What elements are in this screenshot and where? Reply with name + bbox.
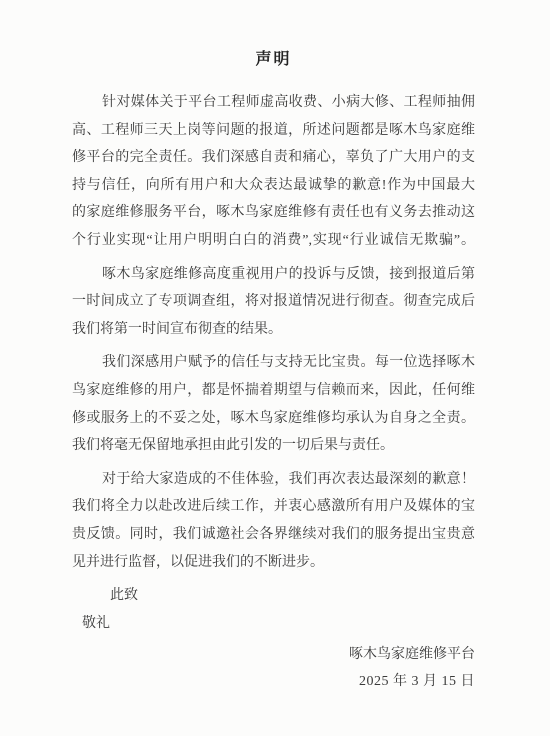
text-line: 对于给大家造成的不佳体验，我们再次表达最深刻的歉意！ [72, 466, 475, 494]
text-line: 见并进行监督，以促进我们的不断进步。 [72, 549, 475, 577]
paragraph: 对于给大家造成的不佳体验，我们再次表达最深刻的歉意！我们将全力以赴改进后续工作，… [72, 466, 475, 576]
text-line: 的家庭维修服务平台，啄木鸟家庭维修有责任也有义务去推动这 [72, 199, 475, 227]
document-content: 声明 针对媒体关于平台工程师虚高收费、小病大修、工程师抽佣高、工程师三天上岗等问… [72, 46, 475, 695]
text-line: 我们将毫无保留地承担由此引发的一切后果与责任。 [72, 432, 475, 460]
text-line: 啄木鸟家庭维修高度重视用户的投诉与反馈，接到报道后第 [72, 261, 475, 289]
document-body: 针对媒体关于平台工程师虚高收费、小病大修、工程师抽佣高、工程师三天上岗等问题的报… [72, 89, 475, 576]
signature-block: 啄木鸟家庭维修平台 2025 年 3 月 15 日 [72, 641, 475, 695]
text-line: 贵反馈。同时，我们诚邀社会各界继续对我们的服务提出宝贵意 [72, 521, 475, 549]
signature-date: 2025 年 3 月 15 日 [72, 668, 475, 695]
document-title: 声明 [72, 46, 475, 74]
text-line: 我们深感用户赋予的信任与支持无比宝贵。每一位选择啄木 [72, 349, 475, 377]
paragraph: 我们深感用户赋予的信任与支持无比宝贵。每一位选择啄木鸟家庭维修的用户，都是怀揣着… [72, 349, 475, 459]
text-line: 我们将全力以赴改进后续工作，并衷心感激所有用户及媒体的宝 [72, 493, 475, 521]
text-line: 高、工程师三天上岗等问题的报道，所述问题都是啄木鸟家庭维 [72, 117, 475, 145]
text-line: 修或服务上的不妥之处，啄木鸟家庭维修均承认为自身之全责。 [72, 405, 475, 433]
signature-name: 啄木鸟家庭维修平台 [72, 641, 475, 668]
text-line: 修平台的完全责任。我们深感自责和痛心，辜负了广大用户的支 [72, 144, 475, 172]
paragraph: 啄木鸟家庭维修高度重视用户的投诉与反馈，接到报道后第一时间成立了专项调查组，将对… [72, 261, 475, 344]
text-line: 个行业实现“让用户明明白白的消费”,实现“行业诚信无欺骗”。 [72, 227, 475, 255]
statement-document: 声明 针对媒体关于平台工程师虚高收费、小病大修、工程师抽佣高、工程师三天上岗等问… [0, 0, 550, 736]
text-line: 鸟家庭维修的用户，都是怀揣着期望与信赖而来，因此，任何维 [72, 377, 475, 405]
closing-salute-lead: 此致 [72, 582, 475, 610]
text-line: 我们将第一时间宣布彻查的结果。 [72, 316, 475, 344]
paragraph: 针对媒体关于平台工程师虚高收费、小病大修、工程师抽佣高、工程师三天上岗等问题的报… [72, 89, 475, 255]
text-line: 持与信任，向所有用户和大众表达最诚挚的歉意!作为中国最大 [72, 172, 475, 200]
text-line: 一时间成立了专项调查组，将对报道情况进行彻查。彻查完成后 [72, 288, 475, 316]
text-line: 针对媒体关于平台工程师虚高收费、小病大修、工程师抽佣 [72, 89, 475, 117]
closing-salute: 敬礼 [72, 610, 475, 638]
